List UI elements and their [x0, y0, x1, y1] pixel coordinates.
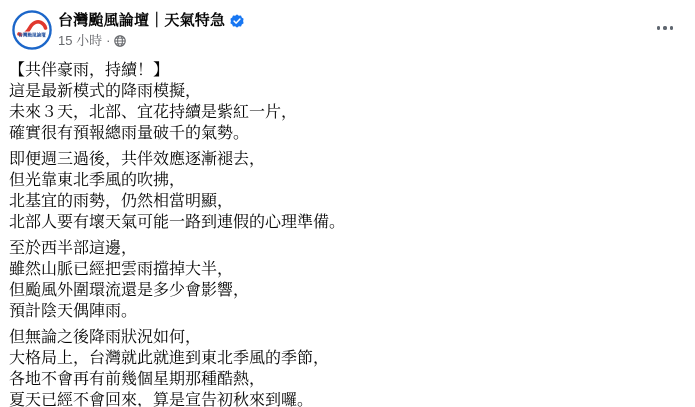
post-text-line: 確實很有預報總雨量破千的氣勢。: [9, 123, 685, 144]
page-name[interactable]: 台灣颱風論壇｜天氣特急: [58, 11, 225, 30]
post-text-line: 但無論之後降雨狀況如何，: [9, 327, 685, 348]
post-text-line: 但光靠東北季風的吹拂，: [9, 170, 685, 191]
post-paragraph: 【共伴豪雨，持續！】這是最新模式的降雨模擬，未來３天，北部、宜花持續是紫紅一片，…: [9, 60, 685, 144]
post-header-text: 台灣颱風論壇｜天氣特急 15 小時 ·: [58, 10, 244, 49]
post-paragraph: 至於西半部這邊，雖然山脈已經把雲雨擋掉大半，但颱風外圍環流還是多少會影響，預計陰…: [9, 238, 685, 322]
post-text-line: 北基宜的雨勢，仍然相當明顯，: [9, 191, 685, 212]
post-text-line: 各地不會再有前幾個星期那種酷熱，: [9, 369, 685, 390]
ellipsis-dot: [670, 26, 674, 30]
page-avatar[interactable]: 台灣颱風論壇: [12, 10, 52, 50]
globe-icon: [114, 35, 126, 47]
post-text-line: 預計陰天偶陣雨。: [9, 301, 685, 322]
ellipsis-dot: [663, 26, 667, 30]
post-meta[interactable]: 15 小時 ·: [58, 33, 244, 49]
post-text-line: 未來３天，北部、宜花持續是紫紅一片，: [9, 102, 685, 123]
post-text-line: 雖然山脈已經把雲雨擋掉大半，: [9, 259, 685, 280]
post-text-line: 北部人要有壞天氣可能一路到連假的心理準備。: [9, 212, 685, 233]
post-content: 【共伴豪雨，持續！】這是最新模式的降雨模擬，未來３天，北部、宜花持續是紫紅一片，…: [0, 50, 695, 407]
verified-badge-icon: [230, 14, 244, 28]
page-logo-icon: 台灣颱風論壇: [12, 10, 52, 50]
post-paragraph: 但無論之後降雨狀況如何，大格局上，台灣就此就進到東北季風的季節，各地不會再有前幾…: [9, 327, 685, 407]
post-text-line: 大格局上，台灣就此就進到東北季風的季節，: [9, 348, 685, 369]
post-text-line: 但颱風外圍環流還是多少會影響，: [9, 280, 685, 301]
post-text-line: 這是最新模式的降雨模擬，: [9, 81, 685, 102]
post-text-line: 即便週三過後，共伴效應逐漸褪去，: [9, 149, 685, 170]
facebook-post: 台灣颱風論壇 台灣颱風論壇｜天氣特急 15 小時 ·: [0, 0, 695, 407]
post-text-line: 至於西半部這邊，: [9, 238, 685, 259]
post-text-line: 【共伴豪雨，持續！】: [9, 60, 685, 81]
ellipsis-dot: [657, 26, 661, 30]
post-paragraph: 即便週三過後，共伴效應逐漸褪去，但光靠東北季風的吹拂，北基宜的雨勢，仍然相當明顯…: [9, 149, 685, 233]
meta-separator: ·: [106, 33, 110, 49]
post-header: 台灣颱風論壇 台灣颱風論壇｜天氣特急 15 小時 ·: [0, 0, 695, 50]
more-options-button[interactable]: [651, 18, 679, 38]
svg-text:台灣颱風論壇: 台灣颱風論壇: [18, 31, 46, 38]
timestamp[interactable]: 15 小時: [58, 33, 102, 49]
post-text-line: 夏天已經不會回來，算是宣告初秋來到囉。: [9, 390, 685, 407]
